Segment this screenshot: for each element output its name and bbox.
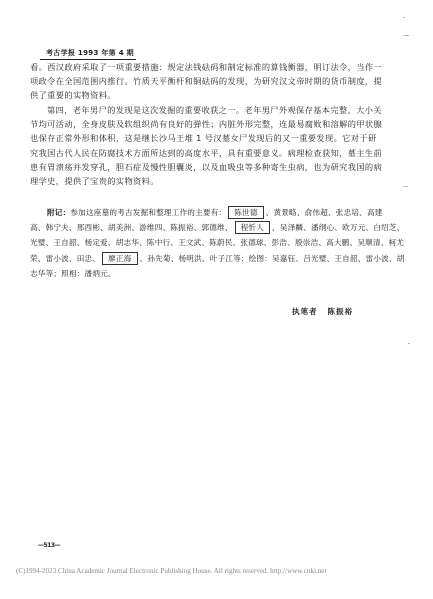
scan-speck	[403, 186, 408, 187]
text-line: 理学史，提供了宝贵的实物资料。	[30, 174, 405, 188]
boxed-name: 陈世德	[228, 206, 263, 219]
paragraph-male-corpse: 第四，老年男尸的发现是这次发掘的重要收获之一。老年男尸外观保存基本完整，大小关 …	[30, 103, 405, 188]
text-line: 也保存正常外形和体积，这是继长沙马王堆 1 号汉墓女尸发现后的又一重要发现。它对…	[30, 131, 405, 145]
note-text: 、黄景略、俞伟超、张忠培、高建	[266, 208, 383, 217]
page-number: —513—	[38, 542, 60, 549]
boxed-name: 程忻人	[235, 221, 270, 234]
note-lead: 附记：	[47, 208, 70, 217]
text-line: 患有胃溃疡并发穿孔，胆石症及慢性胆囊炎，以及血吸虫等多种寄生虫病，也为研究我国的…	[30, 160, 405, 174]
text-line: 供了重要的实物资料。	[30, 88, 405, 102]
note-text: 、孙先菊、杨明洪、叶子江等；绘图：吴嘉钰、吕光璧、王自韶、雷小波、胡	[140, 254, 405, 263]
note-text: 志华等；照相：潘炳元。	[30, 266, 405, 281]
text-line: 第四，老年男尸的发现是这次发掘的重要收获之一。老年男尸外观保存基本完整，大小关	[30, 103, 405, 117]
text-line: 看。西汉政府采取了一项重要措施：规定法钱砝码和制定标准的算钱衡器，明订法令，当作…	[30, 60, 405, 74]
copyright-notice: (C)1994-2023 China Academic Journal Elec…	[16, 567, 426, 575]
text-line: 节均可活动，全身皮肤及软组织尚有良好的弹性；内脏外形完整，连最易腐败和溶解的甲状…	[30, 117, 405, 131]
note-text: 、吴泽麟、潘纲心、欧万元、白绍芝、吕	[272, 223, 405, 232]
acknowledgement-note: 附记：参加这座墓的考古发掘和整理工作的主要有：陈世德、黄景略、俞伟超、张忠培、高…	[30, 205, 405, 281]
author-signature: 执笔者陈振裕	[292, 306, 353, 317]
scan-speck	[403, 35, 409, 36]
scan-speck	[403, 17, 405, 18]
note-text: 高、韩宁夫、邢西彬、胡美洲、游维四、陈振裕、郭德维、	[30, 223, 233, 232]
signature-author: 陈振裕	[328, 307, 354, 316]
running-header: 考古学报 1993 年第 4 期	[40, 48, 136, 60]
text-line: 项政令在全国范围内推行。竹质天平衡杆和铜砝码的发现，为研究汉文帝时期的货币制度，…	[30, 74, 405, 88]
text-line: 究我国古代人民在防腐技术方面所达到的高度水平，具有重要意义。病理检查获知，墓主生…	[30, 146, 405, 160]
signature-label: 执笔者	[292, 307, 318, 316]
paragraph-currency: 看。西汉政府采取了一项重要措施：规定法钱砝码和制定标准的算钱衡器，明订法令，当作…	[30, 60, 405, 103]
note-intro: 参加这座墓的考古发掘和整理工作的主要有：	[70, 208, 226, 217]
note-text: 光璧、王自韶、杨定爱、胡志华、陈中行、王文武、陈蔚民、张德球、彭浩、殷崇浩、高大…	[30, 235, 405, 250]
note-text: 荣、雷小波、田忠、	[30, 254, 100, 263]
scan-speck	[408, 343, 410, 344]
boxed-name: 廖正海	[102, 252, 137, 265]
